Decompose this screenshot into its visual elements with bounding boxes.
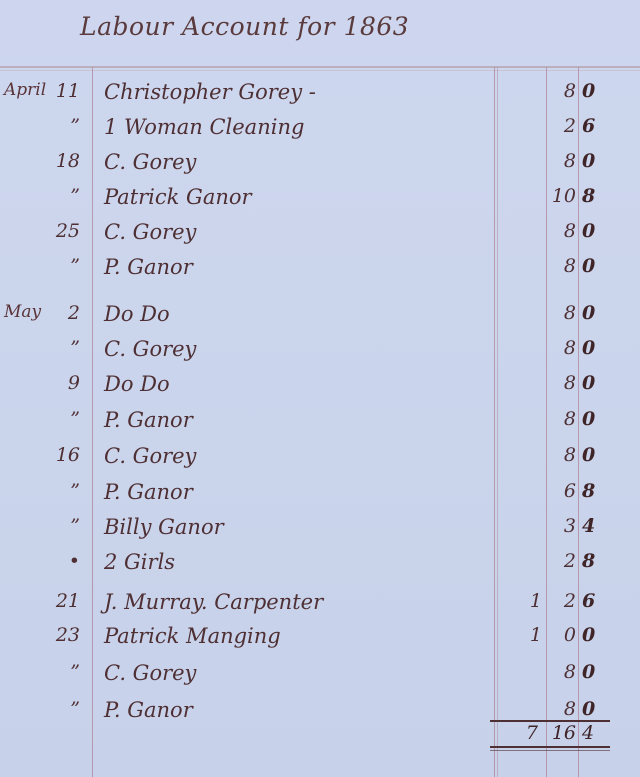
entry-pence: 0: [582, 150, 604, 172]
entry-pence: 0: [582, 220, 604, 242]
entry-name: J. Murray. Carpenter: [104, 590, 323, 614]
entry-pence: 4: [582, 515, 604, 537]
entry-day: ”: [40, 185, 80, 207]
entry-shillings: 8: [548, 408, 576, 430]
entry-pence: 6: [582, 115, 604, 137]
entry-day: 11: [40, 80, 80, 102]
entry-pence: 0: [582, 624, 604, 646]
entry-day: ”: [40, 698, 80, 720]
entry-shillings: 3: [548, 515, 576, 537]
ledger-row: 21 J. Murray. Carpenter 1 2 6: [0, 590, 640, 626]
entry-month: May: [4, 302, 41, 322]
entry-day: 9: [40, 372, 80, 394]
ledger-row: ” P. Ganor 8 0: [0, 255, 640, 291]
entry-name: Do Do: [104, 372, 170, 396]
entry-day: ”: [40, 337, 80, 359]
entry-shillings: 8: [548, 337, 576, 359]
total-row: 7 16 4: [0, 722, 640, 758]
ledger-row: 18 C. Gorey 8 0: [0, 150, 640, 186]
entry-day: 2: [40, 302, 80, 324]
entry-name: P. Ganor: [104, 698, 193, 722]
ledger-row: ” P. Ganor 8 0: [0, 408, 640, 444]
entry-name: C. Gorey: [104, 220, 196, 244]
entry-name: P. Ganor: [104, 480, 193, 504]
entry-shillings: 0: [548, 624, 576, 646]
entry-shillings: 8: [548, 80, 576, 102]
entry-pence: 8: [582, 550, 604, 572]
entry-pence: 0: [582, 444, 604, 466]
entry-shillings: 2: [548, 590, 576, 612]
entry-day: 21: [40, 590, 80, 612]
entry-day: 25: [40, 220, 80, 242]
entry-day: ”: [40, 408, 80, 430]
entry-name: Patrick Manging: [104, 624, 281, 648]
total-pounds: 7: [516, 722, 538, 744]
entry-day: ”: [40, 115, 80, 137]
entry-name: P. Ganor: [104, 408, 193, 432]
entry-pounds: 1: [520, 624, 542, 646]
entry-day: ”: [40, 480, 80, 502]
entry-shillings: 8: [548, 302, 576, 324]
entry-name: C. Gorey: [104, 150, 196, 174]
entry-pounds: 1: [520, 590, 542, 612]
entry-pence: 8: [582, 185, 604, 207]
ledger-page: Labour Account for 1863 April 11 Christo…: [0, 0, 640, 777]
entry-name: C. Gorey: [104, 444, 196, 468]
entry-pence: 6: [582, 590, 604, 612]
entry-shillings: 8: [548, 220, 576, 242]
entry-pence: 0: [582, 255, 604, 277]
total-rule-bottom: [490, 746, 610, 748]
entry-day: •: [40, 550, 80, 572]
entry-day: ”: [40, 515, 80, 537]
ledger-row: ” 1 Woman Cleaning 2 6: [0, 115, 640, 151]
ledger-row: ” C. Gorey 8 0: [0, 337, 640, 373]
entry-name: Billy Ganor: [104, 515, 224, 539]
entry-pence: 0: [582, 661, 604, 683]
entry-day: 23: [40, 624, 80, 646]
entry-name: C. Gorey: [104, 661, 196, 685]
entry-name: P. Ganor: [104, 255, 193, 279]
ledger-row: 16 C. Gorey 8 0: [0, 444, 640, 480]
ledger-row: ” C. Gorey 8 0: [0, 661, 640, 697]
entry-name: Patrick Ganor: [104, 185, 252, 209]
ledger-row: • 2 Girls 2 8: [0, 550, 640, 586]
total-rule-bottom-double: [490, 750, 610, 751]
entry-name: Christopher Gorey -: [104, 80, 316, 104]
entry-shillings: 8: [548, 661, 576, 683]
entry-shillings: 8: [548, 255, 576, 277]
entry-shillings: 2: [548, 115, 576, 137]
header-rule: [0, 66, 640, 68]
ledger-row: 23 Patrick Manging 1 0 0: [0, 624, 640, 660]
entry-pence: 0: [582, 337, 604, 359]
entry-pence: 0: [582, 408, 604, 430]
entry-day: 18: [40, 150, 80, 172]
entry-pence: 0: [582, 302, 604, 324]
entry-pence: 0: [582, 80, 604, 102]
ledger-row: ” Billy Ganor 3 4: [0, 515, 640, 551]
entry-name: C. Gorey: [104, 337, 196, 361]
entry-shillings: 8: [548, 444, 576, 466]
ledger-row: ” Patrick Ganor 10 8: [0, 185, 640, 221]
entry-shillings: 2: [548, 550, 576, 572]
entry-day: ”: [40, 661, 80, 683]
entry-shillings: 8: [548, 698, 576, 720]
ledger-row: 25 C. Gorey 8 0: [0, 220, 640, 256]
entry-name: Do Do: [104, 302, 170, 326]
header-rule-secondary: [0, 70, 640, 71]
total-pence: 4: [582, 722, 604, 744]
entry-shillings: 8: [548, 372, 576, 394]
ledger-row: April 11 Christopher Gorey - 8 0: [0, 80, 640, 116]
ledger-title: Labour Account for 1863: [80, 12, 409, 41]
entry-pence: 0: [582, 698, 604, 720]
entry-day: ”: [40, 255, 80, 277]
entry-shillings: 8: [548, 150, 576, 172]
entry-pence: 8: [582, 480, 604, 502]
entry-name: 2 Girls: [104, 550, 175, 574]
entry-pence: 0: [582, 372, 604, 394]
ledger-row: ” P. Ganor 6 8: [0, 480, 640, 516]
entry-day: 16: [40, 444, 80, 466]
entry-name: 1 Woman Cleaning: [104, 115, 304, 139]
ledger-row: May 2 Do Do 8 0: [0, 302, 640, 338]
entry-shillings: 6: [548, 480, 576, 502]
ledger-row: 9 Do Do 8 0: [0, 372, 640, 408]
entry-shillings: 10: [548, 185, 576, 207]
total-shillings: 16: [548, 722, 576, 744]
